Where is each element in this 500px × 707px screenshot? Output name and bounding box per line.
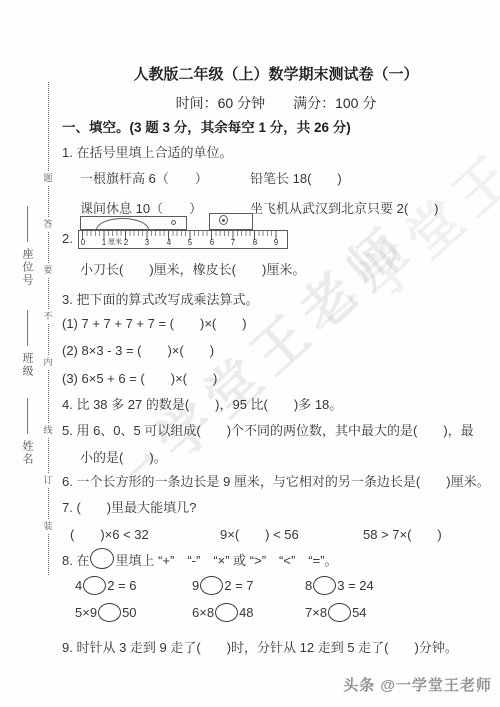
- q7-inequality-1: ( )×6 < 32: [70, 525, 220, 544]
- question-3-item-2: (2) 8×3 - 3 = ( )×( ): [62, 341, 490, 360]
- question-2-number: 2.: [62, 229, 78, 249]
- question-7-row: ( )×6 < 32 9×( ) < 56 58 > 7×( ): [70, 525, 490, 544]
- seat-number-field: 座位号: [18, 206, 36, 292]
- q8-equation: 83 = 24: [305, 576, 374, 595]
- knife-blade-arc: [96, 218, 149, 230]
- name-field: 姓名: [18, 398, 36, 471]
- binding-char: 线: [43, 424, 52, 437]
- question-8-title: 8. 在里填上 “+” “-” “×” 或 “>” “<” “=”。: [62, 548, 490, 570]
- binding-dotted-line: [48, 82, 49, 575]
- q8-eq-left: 4: [75, 576, 82, 595]
- ruler-label: 8: [253, 238, 257, 248]
- class-field: 班级: [18, 310, 36, 383]
- q8-eq-right: 48: [239, 603, 253, 622]
- q8-eq-right: 2 = 7: [224, 576, 253, 595]
- binding-char: 要: [43, 264, 52, 277]
- section-heading: 一、填空。(3 题 3 分，其余每空 1 分，共 26 分): [62, 118, 490, 137]
- binding-char: 题: [43, 172, 52, 185]
- eraser-sticker-icon: [219, 215, 228, 225]
- ruler-label: 2: [124, 238, 128, 248]
- q8-circle-blank: [83, 576, 106, 595]
- ruler-unit-label: 厘米: [108, 238, 122, 248]
- question-6: 6. 一个长方形的一条边长是 9 厘米，与它相对的另一条边长是( )厘米。: [62, 472, 490, 491]
- q8-eq-left: 9: [192, 576, 199, 595]
- question-1-title: 1. 在括号里填上合适的单位。: [62, 143, 490, 162]
- q8-circle-blank: [313, 576, 336, 595]
- question-9: 9. 时针从 3 走到 9 走了( )时，分针从 12 走到 5 走了( )分钟…: [62, 638, 490, 657]
- q7-inequality-3: 58 > 7×( ): [363, 525, 442, 544]
- q8-eq-right: 2 = 6: [107, 576, 136, 595]
- q8-equation: 6×848: [192, 603, 305, 622]
- ruler-label: 5: [188, 238, 192, 248]
- question-8-row-1: 42 = 6 92 = 7 83 = 24: [75, 576, 490, 595]
- question-7-title: 7. ( )里最大能填几?: [62, 498, 490, 517]
- question-5-line-2: 小的是( )。: [80, 448, 490, 467]
- q8-circle-blank: [98, 603, 121, 622]
- class-blank-line: [27, 310, 28, 346]
- seat-number-label: 座位号: [19, 248, 35, 287]
- eraser-figure: [209, 213, 253, 230]
- knife-figure: [80, 216, 187, 230]
- question-2-answer-line: 小刀长( )厘米，橡皮长( )厘米。: [80, 260, 490, 279]
- q8-circle-blank: [328, 603, 351, 622]
- question-1-row-1: 一根旗杆高 6（ ） 铅笔长 18( ): [80, 169, 490, 188]
- q8-title-circle: [90, 548, 114, 569]
- question-4: 4. 比 38 多 27 的数是( )，95 比( )多 18。: [62, 395, 490, 414]
- knife-rivet-dot: [171, 220, 176, 225]
- ruler-diagram: 0 1 厘米 2 3 4 5 6 7 8 9: [78, 212, 292, 249]
- name-label: 姓名: [19, 440, 35, 466]
- question-3-title: 3. 把下面的算式改写成乘法算式。: [62, 290, 490, 309]
- ruler-label: 7: [231, 238, 235, 248]
- question-8-row-2: 5×950 6×848 7×854: [75, 603, 490, 622]
- q8-circle-blank: [215, 603, 238, 622]
- q8-eq-left: 6×8: [192, 603, 214, 622]
- class-label: 班级: [19, 352, 35, 378]
- binding-char: 不: [43, 310, 52, 323]
- binding-char: 答: [43, 218, 52, 231]
- q8-circle-blank: [200, 576, 223, 595]
- q1-blank-pencil: 铅笔长 18( ): [250, 169, 342, 188]
- ruler-label: 0: [81, 238, 85, 248]
- q8-equation: 92 = 7: [192, 576, 305, 595]
- paper-meta: 时间：60 分钟 满分：100 分: [62, 94, 490, 113]
- paper-body: 人教版二年级（上）数学期末测试卷（一） 时间：60 分钟 满分：100 分 一、…: [62, 64, 490, 657]
- question-3-item-1: (1) 7 + 7 + 7 + 7 = ( )×( ): [62, 314, 490, 333]
- q8-equation: 42 = 6: [75, 576, 192, 595]
- q8-title-post: 里填上 “+” “-” “×” 或 “>” “<” “=”。: [115, 553, 337, 568]
- q8-eq-right: 54: [352, 603, 366, 622]
- question-3-item-3: (3) 6×5 + 6 = ( )×( ): [62, 369, 490, 388]
- q8-eq-right: 3 = 24: [337, 576, 374, 595]
- q8-eq-right: 50: [122, 603, 136, 622]
- seat-number-blank-line: [27, 206, 28, 242]
- ruler-label: 9: [274, 238, 278, 248]
- ruler-label: 6: [210, 238, 214, 248]
- ruler-label: 3: [145, 238, 149, 248]
- q8-equation: 5×950: [75, 603, 192, 622]
- test-paper-page: 一学堂王老师 一学堂王老师 题 答 要 不 内 线 订 装 座位号 班级 姓名 …: [0, 0, 500, 707]
- binding-char: 内: [43, 356, 52, 369]
- ruler-label: 4: [167, 238, 171, 248]
- paper-title: 人教版二年级（上）数学期末测试卷（一）: [62, 64, 490, 86]
- q7-inequality-2: 9×( ) < 56: [220, 525, 363, 544]
- ruler-label: 1: [102, 238, 106, 248]
- q8-eq-left: 8: [305, 576, 312, 595]
- binding-char: 装: [43, 520, 52, 533]
- q8-title-pre: 8. 在: [62, 553, 89, 568]
- name-blank-line: [27, 398, 28, 434]
- credit-watermark: 头条 @一学堂王老师: [343, 674, 492, 695]
- ruler: 0 1 厘米 2 3 4 5 6 7 8 9: [78, 230, 288, 249]
- q1-blank-flagpole: 一根旗杆高 6（ ）: [80, 169, 250, 188]
- question-5-line-1: 5. 用 6、0、5 可以组成( )个不同的两位数，其中最大的是( )，最: [62, 421, 490, 440]
- q8-equation: 7×854: [305, 603, 367, 622]
- binding-char: 订: [43, 474, 52, 487]
- q8-eq-left: 7×8: [305, 603, 327, 622]
- q8-eq-left: 5×9: [75, 603, 97, 622]
